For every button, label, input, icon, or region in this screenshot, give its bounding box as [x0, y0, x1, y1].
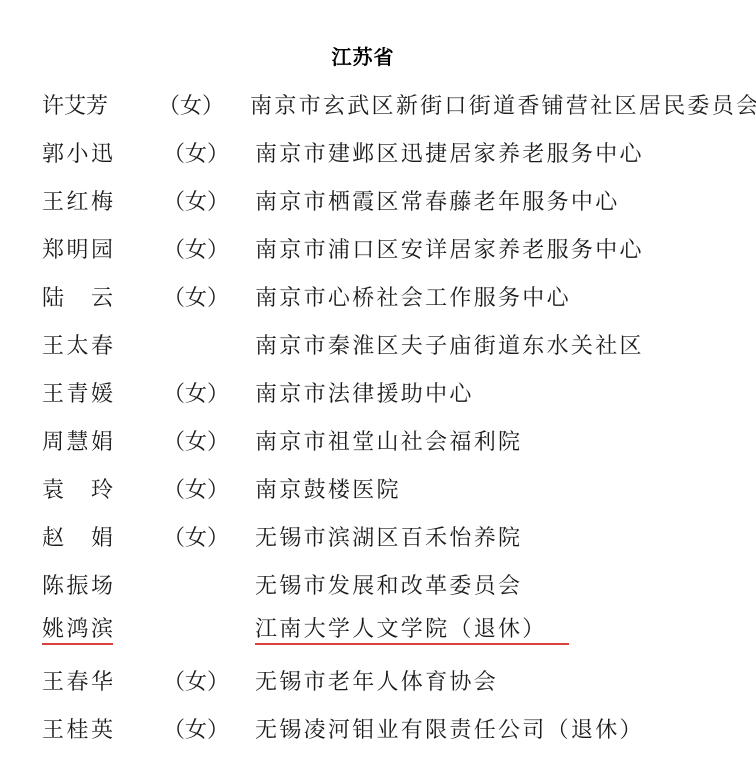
- person-gender: （女）: [163, 671, 229, 693]
- person-organization: 无锡市滨湖区百禾怡养院: [255, 527, 522, 549]
- person-name: 郑明园: [42, 239, 113, 261]
- roster-row-highlighted: 姚鸿滨 江南大学人文学院（退休）: [0, 623, 756, 645]
- roster-row: 袁玲 （女） 南京鼓楼医院: [0, 479, 756, 501]
- roster-row: 王春华 （女） 无锡市老年人体育协会: [0, 671, 756, 693]
- person-name: 王太春: [42, 335, 113, 357]
- person-gender: （女）: [163, 719, 229, 741]
- person-organization: 南京市秦淮区夫子庙街道东水关社区: [255, 335, 644, 357]
- person-organization: 无锡市老年人体育协会: [255, 671, 498, 693]
- person-gender: （女）: [163, 287, 229, 309]
- person-name: 陈振场: [42, 575, 113, 597]
- person-name: 郭小迅: [42, 143, 113, 165]
- person-organization: 无锡凌河钼业有限责任公司（退休）: [255, 719, 644, 741]
- person-name: 周慧娟: [42, 431, 113, 453]
- person-gender: （女）: [163, 479, 229, 501]
- person-name: 王春华: [42, 671, 113, 693]
- person-name: 王青媛: [42, 383, 113, 405]
- person-name: 袁玲: [42, 479, 113, 501]
- person-organization: 南京市祖堂山社会福利院: [255, 431, 522, 453]
- person-organization: 无锡市发展和改革委员会: [255, 575, 522, 597]
- roster-row: 陆云 （女） 南京市心桥社会工作服务中心: [0, 287, 756, 309]
- person-gender: （女）: [163, 143, 229, 165]
- person-organization: 南京市建邺区迅捷居家养老服务中心: [255, 143, 644, 165]
- person-organization: 南京市浦口区安详居家养老服务中心: [255, 239, 644, 261]
- roster-row: 王桂英 （女） 无锡凌河钼业有限责任公司（退休）: [0, 719, 756, 741]
- person-gender: （女）: [163, 239, 229, 261]
- person-gender: （女）: [163, 527, 229, 549]
- person-organization: 南京市栖霞区常春藤老年服务中心: [255, 191, 620, 213]
- person-name: 王红梅: [42, 191, 113, 213]
- person-gender: （女）: [163, 191, 229, 213]
- province-title: 江苏省: [0, 0, 726, 70]
- person-gender: （女）: [163, 431, 229, 453]
- person-name: 赵娟: [42, 527, 113, 549]
- person-gender: （女）: [163, 383, 229, 405]
- roster-row: 郑明园 （女） 南京市浦口区安详居家养老服务中心: [0, 239, 756, 261]
- person-organization: 南京市玄武区新街口街道香铺营社区居民委员会: [250, 95, 756, 117]
- person-name: 王桂英: [42, 719, 113, 741]
- roster-row: 王太春 南京市秦淮区夫子庙街道东水关社区: [0, 335, 756, 357]
- roster-row: 许艾芳 （女） 南京市玄武区新街口街道香铺营社区居民委员会: [0, 95, 756, 117]
- roster-row: 陈振场 无锡市发展和改革委员会: [0, 575, 756, 597]
- person-name: 陆云: [42, 287, 113, 309]
- person-name-underlined: 姚鸿滨: [42, 618, 113, 645]
- person-organization: 南京市法律援助中心: [255, 383, 474, 405]
- document-page: 江苏省 许艾芳 （女） 南京市玄武区新街口街道香铺营社区居民委员会 郭小迅 （女…: [0, 0, 756, 783]
- person-organization-underlined: 江南大学人文学院（退休）: [255, 618, 569, 645]
- roster-row: 赵娟 （女） 无锡市滨湖区百禾怡养院: [0, 527, 756, 549]
- person-organization: 南京鼓楼医院: [255, 479, 401, 501]
- roster-row: 王青媛 （女） 南京市法律援助中心: [0, 383, 756, 405]
- honoree-roster: 许艾芳 （女） 南京市玄武区新街口街道香铺营社区居民委员会 郭小迅 （女） 南京…: [0, 95, 756, 741]
- roster-row: 周慧娟 （女） 南京市祖堂山社会福利院: [0, 431, 756, 453]
- person-gender: （女）: [158, 95, 224, 117]
- person-organization: 南京市心桥社会工作服务中心: [255, 287, 571, 309]
- person-name: 许艾芳: [42, 95, 108, 117]
- roster-row: 王红梅 （女） 南京市栖霞区常春藤老年服务中心: [0, 191, 756, 213]
- roster-row: 郭小迅 （女） 南京市建邺区迅捷居家养老服务中心: [0, 143, 756, 165]
